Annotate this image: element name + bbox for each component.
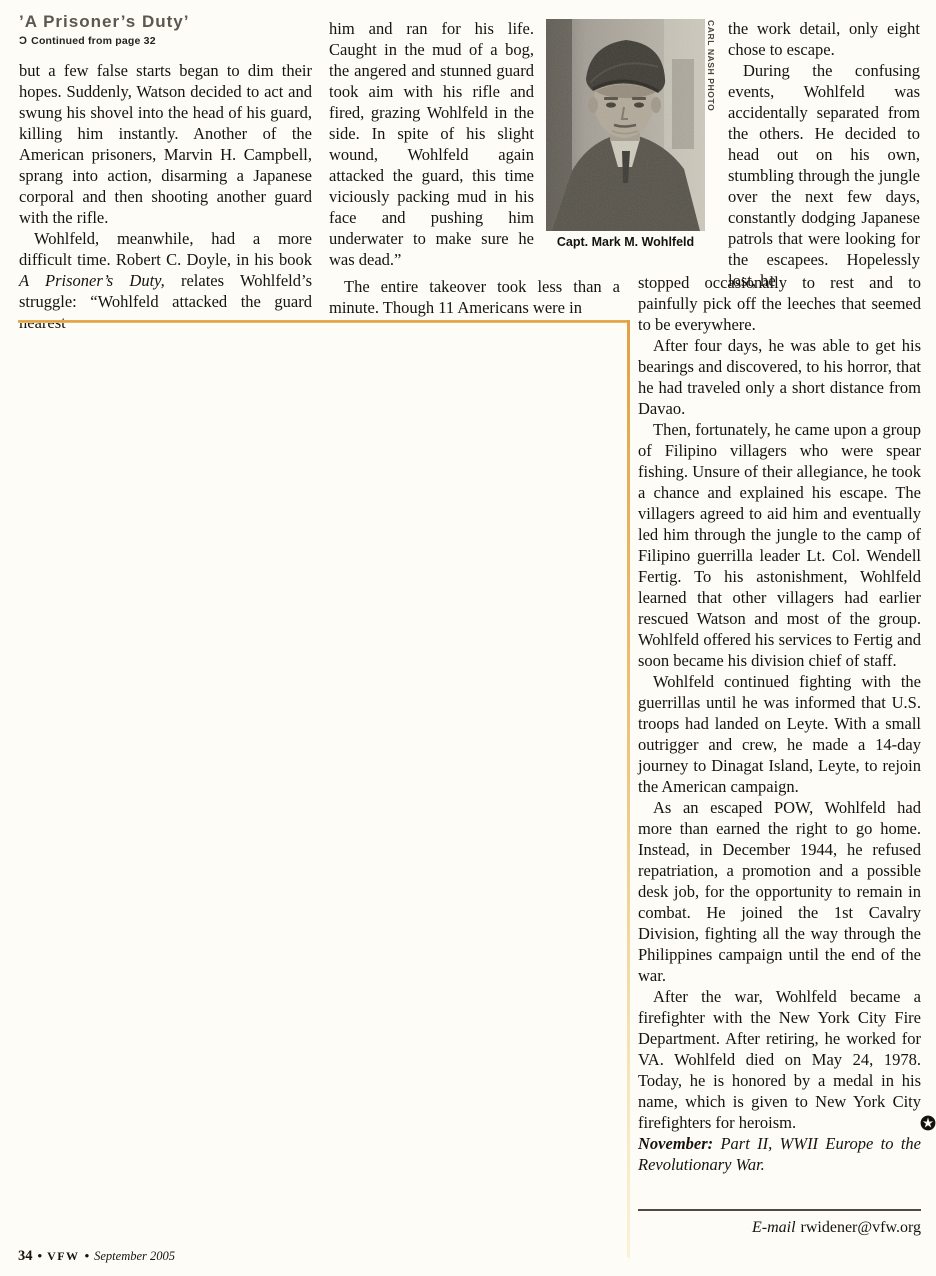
continued-arrow-icon: Ɔ xyxy=(19,35,27,47)
paragraph: During the confusing events, Wohlfeld wa… xyxy=(728,60,920,291)
page-footer: 34•VFW•September 2005 xyxy=(18,1248,175,1265)
paragraph: the work detail, only eight chose to esc… xyxy=(728,18,920,60)
column-1: but a few false starts began to dim thei… xyxy=(19,60,312,333)
magazine-page: ’A Prisoner’s Duty’ ƆContinued from page… xyxy=(0,0,936,1276)
column-2-wide: The entire takeover took less than a min… xyxy=(329,276,620,318)
paragraph: him and ran for his life. Caught in the … xyxy=(329,18,534,270)
ad-box-right-border xyxy=(627,320,630,1258)
paragraph: but a few false starts began to dim thei… xyxy=(19,60,312,228)
footer-separator: • xyxy=(38,1248,43,1263)
photo-caption: Capt. Mark M. Wohlfeld xyxy=(546,235,705,249)
paragraph: The entire takeover took less than a min… xyxy=(329,276,620,318)
article-header: ’A Prisoner’s Duty’ ƆContinued from page… xyxy=(19,12,189,47)
portrait-photo-art xyxy=(546,19,705,231)
paragraph: Wohlfeld continued fighting with the gue… xyxy=(638,671,921,797)
paragraph: After four days, he was able to get his … xyxy=(638,335,921,419)
portrait-photo xyxy=(546,19,705,231)
magazine-name: VFW xyxy=(47,1249,80,1263)
article-end-star-icon xyxy=(905,1115,921,1131)
book-title-italic: A Prisoner’s Duty, xyxy=(19,271,165,290)
next-issue-note: November: Part II, WWII Europe to the Re… xyxy=(638,1133,921,1175)
continued-from-line: ƆContinued from page 32 xyxy=(19,35,189,47)
paragraph: Wohlfeld, meanwhile, had a more difficul… xyxy=(19,228,312,333)
column-3-main: stopped occasionally to rest and to pain… xyxy=(638,272,921,1175)
continued-text: Continued from page 32 xyxy=(31,35,156,47)
column-3-top: the work detail, only eight chose to esc… xyxy=(728,18,920,291)
text-run: Wohlfeld, meanwhile, had a more difficul… xyxy=(19,229,312,269)
photo-credit: CARL NASH PHOTO xyxy=(706,20,716,160)
note-lead: November: xyxy=(638,1134,713,1153)
email-label: E-mail xyxy=(752,1219,796,1236)
ad-box-top-border xyxy=(18,320,629,323)
paragraph: stopped occasionally to rest and to pain… xyxy=(638,272,921,335)
footer-separator: • xyxy=(85,1248,90,1263)
column-2: him and ran for his life. Caught in the … xyxy=(329,18,534,270)
page-number: 34 xyxy=(18,1248,33,1264)
email-line: E-mailrwidener@vfw.org xyxy=(638,1219,921,1237)
email-divider xyxy=(638,1209,921,1211)
email-address: rwidener@vfw.org xyxy=(801,1219,921,1236)
paragraph: After the war, Wohlfeld became a firefig… xyxy=(638,986,921,1133)
article-title: ’A Prisoner’s Duty’ xyxy=(19,12,189,32)
paragraph: Then, fortunately, he came upon a group … xyxy=(638,419,921,671)
text-run: After the war, Wohlfeld became a firefig… xyxy=(638,987,921,1132)
issue-date: September 2005 xyxy=(94,1249,175,1263)
paragraph: As an escaped POW, Wohlfeld had more tha… xyxy=(638,797,921,986)
